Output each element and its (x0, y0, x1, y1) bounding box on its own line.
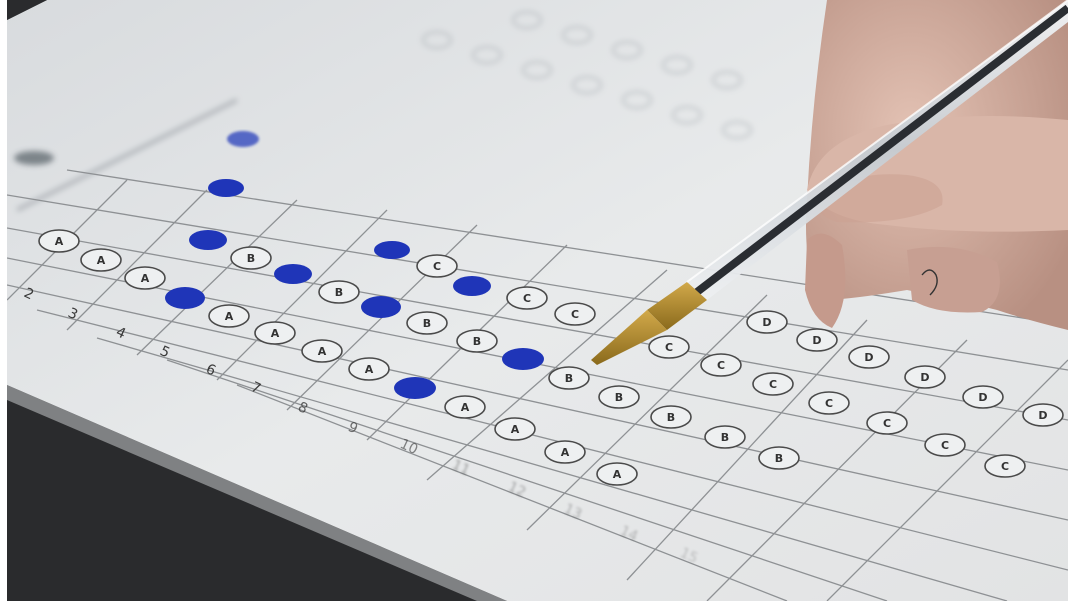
svg-text:A: A (511, 423, 520, 436)
svg-text:C: C (433, 260, 441, 273)
svg-text:A: A (461, 401, 470, 414)
svg-text:A: A (271, 327, 280, 340)
svg-text:A: A (613, 468, 622, 481)
svg-text:D: D (1038, 409, 1047, 422)
svg-text:B: B (667, 411, 675, 424)
svg-text:C: C (571, 308, 579, 321)
svg-text:C: C (1001, 460, 1009, 473)
svg-text:D: D (762, 316, 771, 329)
svg-text:B: B (473, 335, 481, 348)
svg-text:C: C (941, 439, 949, 452)
svg-text:B: B (565, 372, 573, 385)
svg-text:D: D (920, 371, 929, 384)
svg-text:D: D (978, 391, 987, 404)
answer-sheet-photo: 2 3 4 5 6 7 8 9 10 11 12 13 14 15 (7, 0, 1068, 601)
svg-text:C: C (883, 417, 891, 430)
svg-text:A: A (141, 272, 150, 285)
svg-text:C: C (665, 341, 673, 354)
svg-text:C: C (717, 359, 725, 372)
svg-text:A: A (365, 363, 374, 376)
svg-text:B: B (775, 452, 783, 465)
svg-text:A: A (561, 446, 570, 459)
svg-text:A: A (55, 235, 64, 248)
svg-text:C: C (769, 378, 777, 391)
svg-text:B: B (423, 317, 431, 330)
svg-text:A: A (97, 254, 106, 267)
svg-text:A: A (225, 310, 234, 323)
svg-text:A: A (318, 345, 327, 358)
svg-text:C: C (523, 292, 531, 305)
svg-text:C: C (825, 397, 833, 410)
photo-scene: 2 3 4 5 6 7 8 9 10 11 12 13 14 15 (7, 0, 1068, 601)
svg-text:B: B (335, 286, 343, 299)
svg-text:B: B (615, 391, 623, 404)
svg-text:B: B (721, 431, 729, 444)
svg-text:D: D (812, 334, 821, 347)
svg-text:B: B (247, 252, 255, 265)
svg-text:D: D (864, 351, 873, 364)
